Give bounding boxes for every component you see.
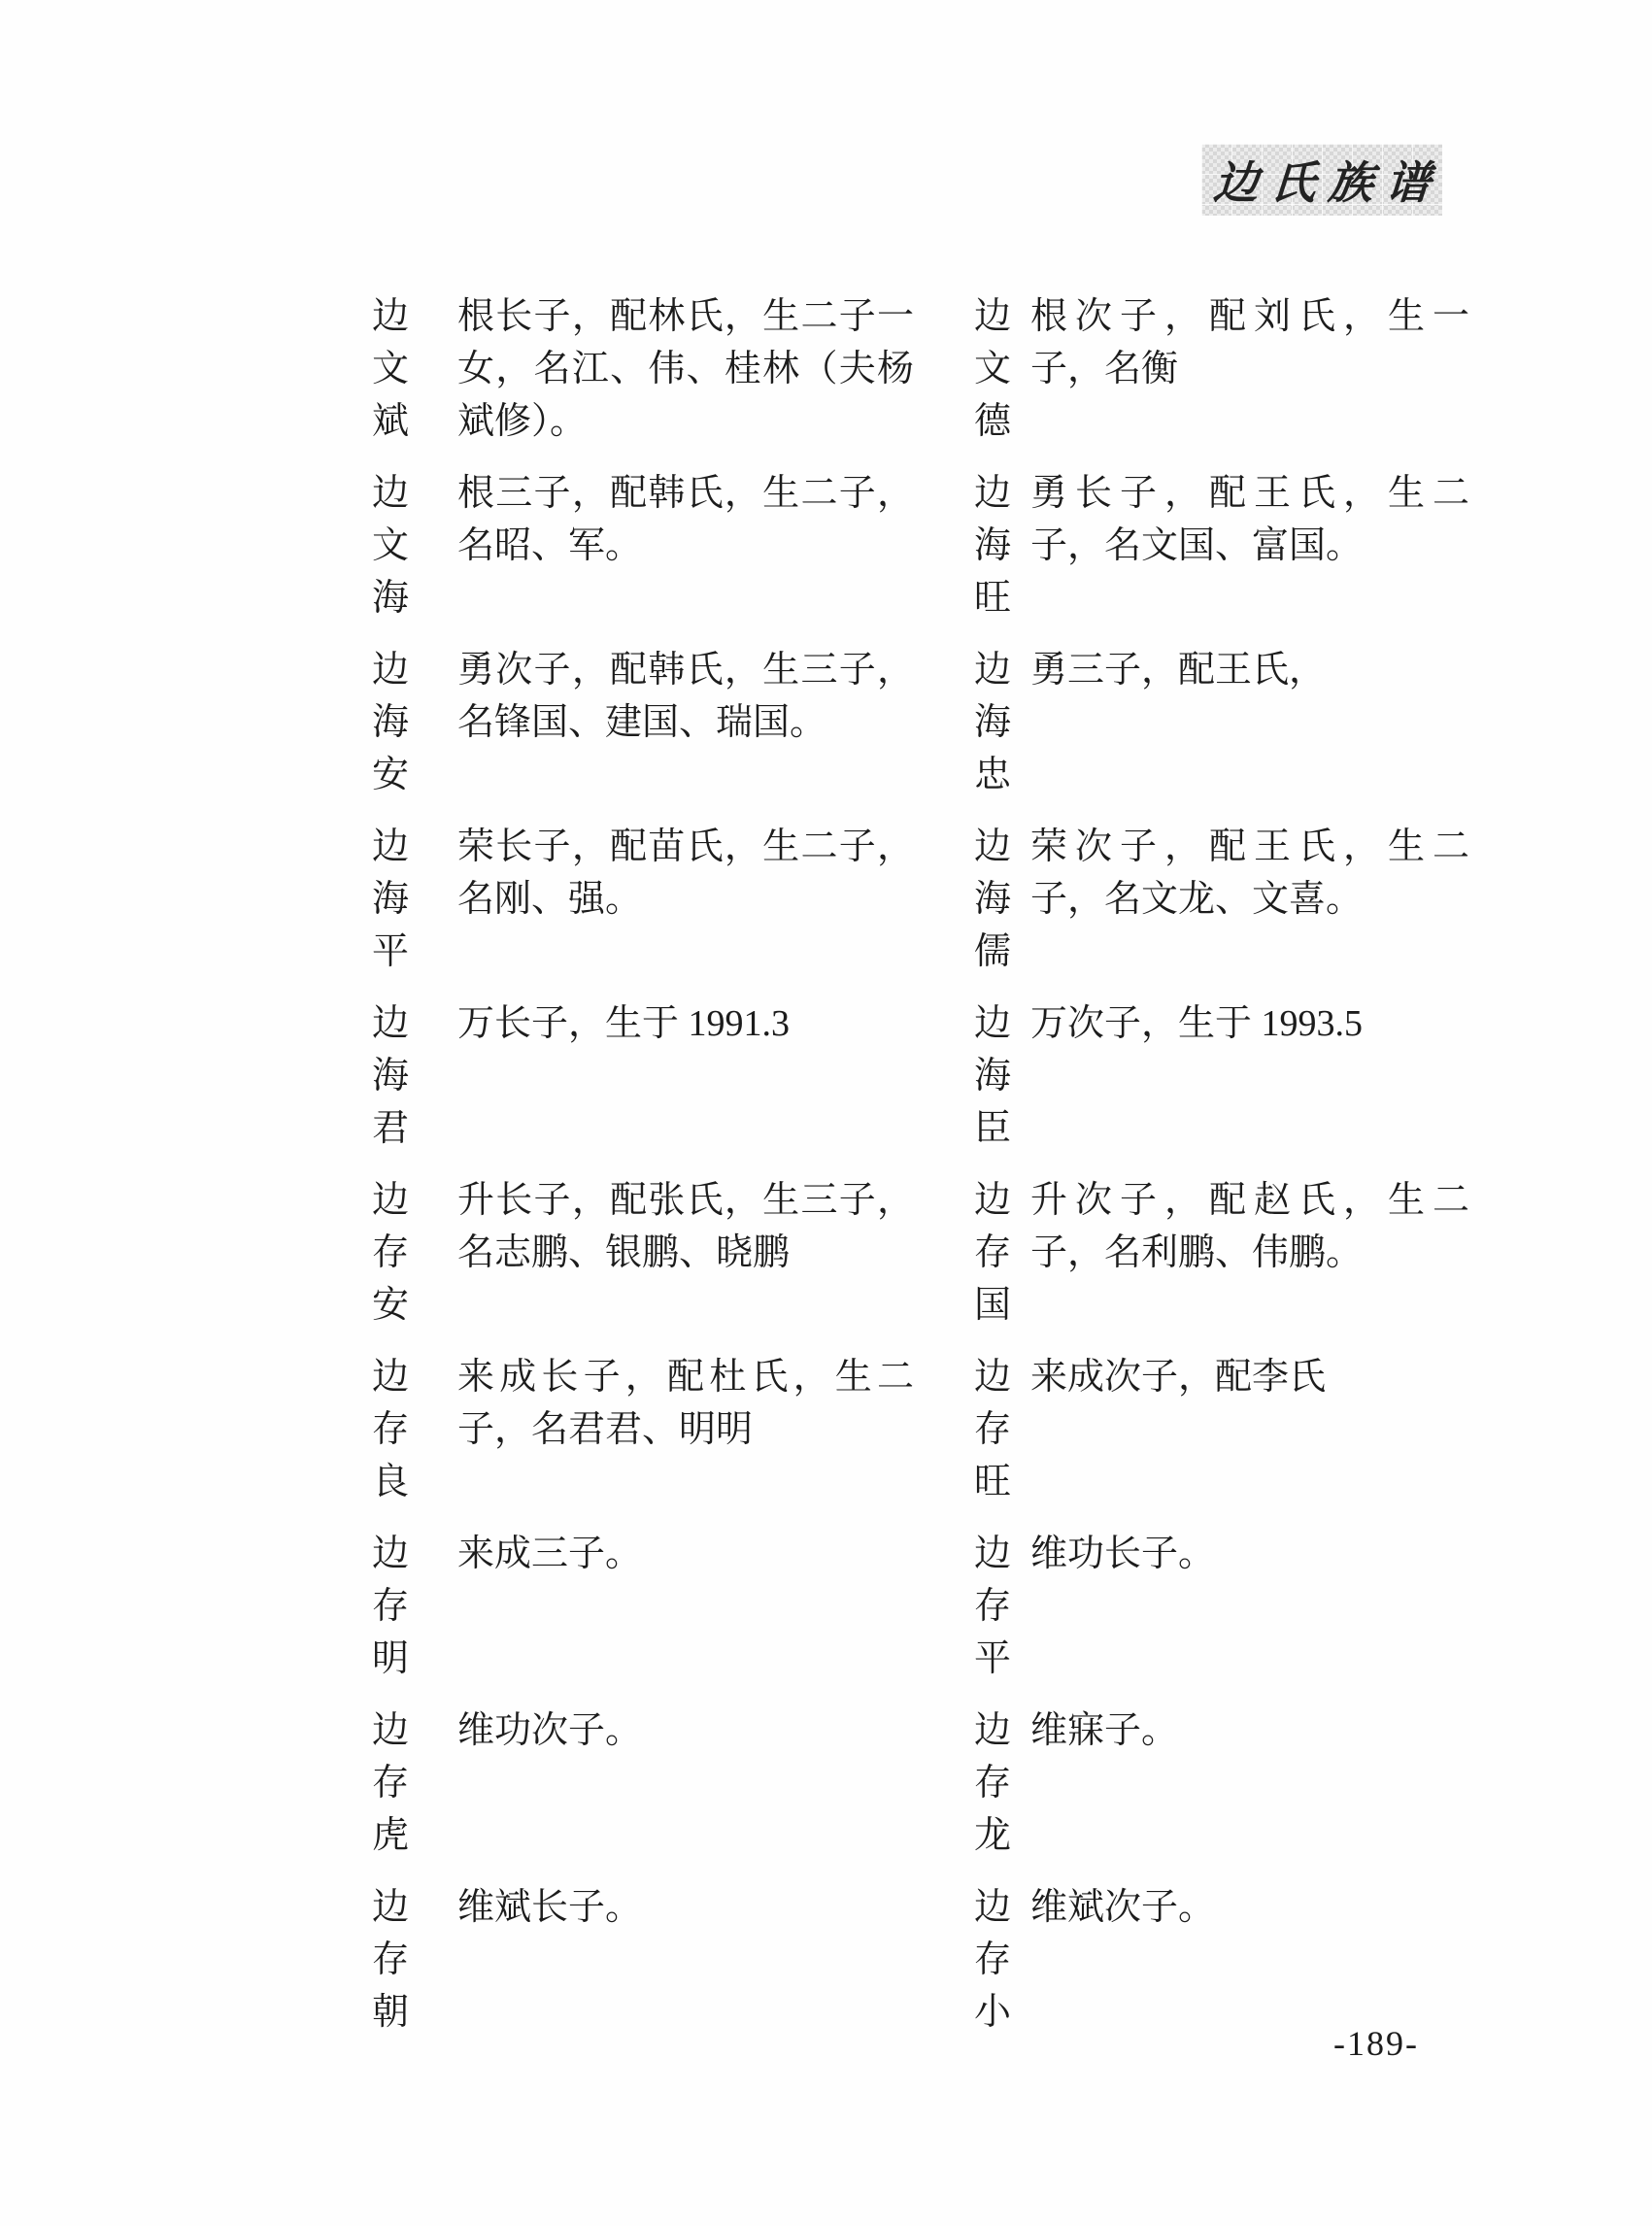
genealogy-entry-right: 边存国 升次子，配赵氏，生二子，名利鹏、伟鹏。 <box>974 1174 1528 1332</box>
genealogy-entry-right: 边存小 维斌次子。 <box>974 1881 1528 2039</box>
genealogy-entry-right: 边存龙 维寐子。 <box>974 1704 1528 1862</box>
genealogy-row: 边海君 万长子，生于 1991.3 边海臣 万次子，生于 1993.5 <box>372 997 1528 1174</box>
entry-description: 勇三子，配王氏， <box>1030 644 1469 696</box>
person-name: 边存国 <box>974 1174 1015 1332</box>
person-name: 边文斌 <box>372 290 413 448</box>
entry-description: 维寐子。 <box>1030 1704 1469 1757</box>
person-name: 边存良 <box>372 1351 413 1508</box>
genealogy-row: 边海平 荣长子，配苗氏，生二子，名刚、强。 边海儒 荣次子，配王氏，生二子，名文… <box>372 821 1528 997</box>
entry-description: 维功次子。 <box>457 1704 914 1757</box>
entry-description: 根次子，配刘氏，生一子，名衡 <box>1030 290 1469 395</box>
person-name: 边海忠 <box>974 644 1015 801</box>
genealogy-row: 边存安 升长子，配张氏，生三子，名志鹏、银鹏、晓鹏 边存国 升次子，配赵氏，生二… <box>372 1174 1528 1351</box>
genealogy-entry-right: 边文德 根次子，配刘氏，生一子，名衡 <box>974 290 1528 448</box>
person-name: 边存龙 <box>974 1704 1015 1862</box>
entry-description: 升长子，配张氏，生三子，名志鹏、银鹏、晓鹏 <box>457 1174 914 1279</box>
genealogy-entry-left: 边海平 荣长子，配苗氏，生二子，名刚、强。 <box>372 821 974 978</box>
entry-description: 来成次子，配李氏 <box>1030 1351 1469 1403</box>
entry-description: 万次子，生于 1993.5 <box>1030 997 1469 1050</box>
genealogy-row: 边存明 来成三子。 边存平 维功长子。 <box>372 1528 1528 1704</box>
page-number: -189- <box>1333 2023 1419 2064</box>
person-name: 边海平 <box>372 821 413 978</box>
person-name: 边存旺 <box>974 1351 1015 1508</box>
genealogy-entry-left: 边文斌 根长子，配林氏，生二子一女，名江、伟、桂林（夫杨斌修）。 <box>372 290 974 448</box>
genealogy-entry-right: 边存旺 来成次子，配李氏 <box>974 1351 1528 1508</box>
genealogy-row: 边文海 根三子，配韩氏，生二子，名昭、军。 边海旺 勇长子，配王氏，生二子，名文… <box>372 467 1528 644</box>
entry-description: 万长子，生于 1991.3 <box>457 997 914 1050</box>
person-name: 边存平 <box>974 1528 1015 1685</box>
person-name: 边文海 <box>372 467 413 624</box>
person-name: 边海安 <box>372 644 413 801</box>
genealogy-row: 边文斌 根长子，配林氏，生二子一女，名江、伟、桂林（夫杨斌修）。 边文德 根次子… <box>372 290 1528 467</box>
genealogy-page: 边氏族谱 边文斌 根长子，配林氏，生二子一女，名江、伟、桂林（夫杨斌修）。 边文… <box>0 0 1652 2226</box>
person-name: 边存小 <box>974 1881 1015 2039</box>
genealogy-entry-left: 边存朝 维斌长子。 <box>372 1881 974 2039</box>
entry-description: 荣次子，配王氏，生二子，名文龙、文喜。 <box>1030 821 1469 926</box>
genealogy-entry-left: 边海君 万长子，生于 1991.3 <box>372 997 974 1155</box>
genealogy-row: 边海安 勇次子，配韩氏，生三子，名锋国、建国、瑞国。 边海忠 勇三子，配王氏， <box>372 644 1528 821</box>
person-name: 边存朝 <box>372 1881 413 2039</box>
genealogy-entry-left: 边文海 根三子，配韩氏，生二子，名昭、军。 <box>372 467 974 624</box>
genealogy-row: 边存虎 维功次子。 边存龙 维寐子。 <box>372 1704 1528 1881</box>
person-name: 边文德 <box>974 290 1015 448</box>
page-header-badge: 边氏族谱 <box>1201 144 1442 216</box>
person-name: 边海臣 <box>974 997 1015 1155</box>
genealogy-entry-left: 边存安 升长子，配张氏，生三子，名志鹏、银鹏、晓鹏 <box>372 1174 974 1332</box>
entry-description: 勇长子，配王氏，生二子，名文国、富国。 <box>1030 467 1469 572</box>
genealogy-entry-right: 边海忠 勇三子，配王氏， <box>974 644 1528 801</box>
rows: 边文斌 根长子，配林氏，生二子一女，名江、伟、桂林（夫杨斌修）。 边文德 根次子… <box>372 290 1528 2058</box>
genealogy-entry-left: 边存良 来成长子，配杜氏，生二子，名君君、明明 <box>372 1351 974 1508</box>
entry-description: 荣长子，配苗氏，生二子，名刚、强。 <box>457 821 914 926</box>
genealogy-entry-right: 边海儒 荣次子，配王氏，生二子，名文龙、文喜。 <box>974 821 1528 978</box>
person-name: 边存明 <box>372 1528 413 1685</box>
genealogy-entry-left: 边海安 勇次子，配韩氏，生三子，名锋国、建国、瑞国。 <box>372 644 974 801</box>
genealogy-entry-right: 边海臣 万次子，生于 1993.5 <box>974 997 1528 1155</box>
person-name: 边海君 <box>372 997 413 1155</box>
entry-description: 维功长子。 <box>1030 1528 1469 1580</box>
entry-description: 根三子，配韩氏，生二子，名昭、军。 <box>457 467 914 572</box>
person-name: 边海旺 <box>974 467 1015 624</box>
genealogy-row: 边存良 来成长子，配杜氏，生二子，名君君、明明 边存旺 来成次子，配李氏 <box>372 1351 1528 1528</box>
entry-description: 升次子，配赵氏，生二子，名利鹏、伟鹏。 <box>1030 1174 1469 1279</box>
person-name: 边存虎 <box>372 1704 413 1862</box>
entry-description: 维斌次子。 <box>1030 1881 1469 1934</box>
entry-description: 来成三子。 <box>457 1528 914 1580</box>
genealogy-entry-left: 边存虎 维功次子。 <box>372 1704 974 1862</box>
entry-description: 来成长子，配杜氏，生二子，名君君、明明 <box>457 1351 914 1456</box>
genealogy-entry-left: 边存明 来成三子。 <box>372 1528 974 1685</box>
entry-description: 维斌长子。 <box>457 1881 914 1934</box>
genealogy-entry-right: 边存平 维功长子。 <box>974 1528 1528 1685</box>
genealogy-entry-right: 边海旺 勇长子，配王氏，生二子，名文国、富国。 <box>974 467 1528 624</box>
entry-description: 根长子，配林氏，生二子一女，名江、伟、桂林（夫杨斌修）。 <box>457 290 914 448</box>
entry-description: 勇次子，配韩氏，生三子，名锋国、建国、瑞国。 <box>457 644 914 749</box>
book-title: 边氏族谱 <box>1198 148 1445 212</box>
person-name: 边海儒 <box>974 821 1015 978</box>
person-name: 边存安 <box>372 1174 413 1332</box>
